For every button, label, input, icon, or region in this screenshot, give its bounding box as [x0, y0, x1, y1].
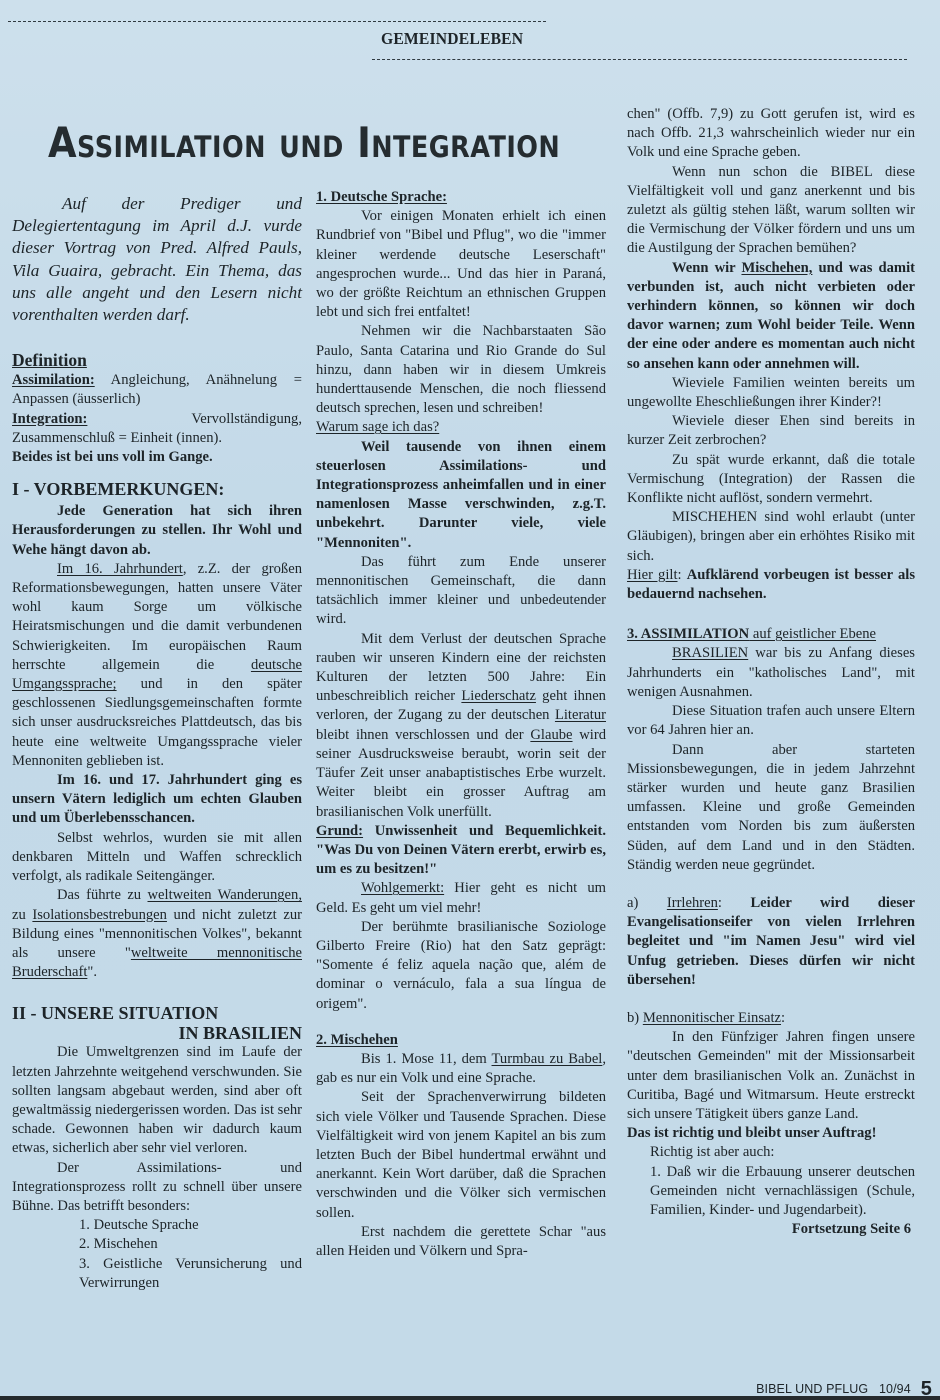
text: ".: [87, 964, 97, 980]
paragraph: Im 16. Jahrhundert, z.Z. der großen Refo…: [12, 560, 302, 771]
paragraph: In den Fünfziger Jahren fingen unsere "d…: [627, 1028, 915, 1124]
definition-heading: Definition: [12, 350, 302, 371]
underlined-text: auf geistlicher Ebene: [749, 626, 876, 642]
underlined-text: Mischehen,: [741, 260, 812, 276]
text: Wenn wir: [672, 260, 741, 276]
underlined-text: Literatur: [555, 707, 606, 723]
article-lead: Auf der Prediger und Delegiertentagung i…: [12, 193, 302, 326]
underlined-label: Irrlehren: [667, 895, 718, 911]
text: Hier geht es nicht um Geld. Es geht um v…: [316, 880, 606, 915]
paragraph: Diese Situation trafen auch unsere Elter…: [627, 702, 915, 740]
assimilation-label: Assimilation:: [12, 372, 95, 388]
list-item: 3. Geistliche Verunsicherung und Verwirr…: [79, 1255, 302, 1293]
text: b): [627, 1010, 643, 1026]
underlined-text: BRASILIEN: [672, 645, 748, 661]
paragraph: Grund: Unwissenheit und Bequemlichkeit. …: [316, 822, 606, 880]
column-1: Auf der Prediger und Delegiertentagung i…: [12, 193, 302, 1293]
text: zu: [12, 907, 32, 923]
paragraph: chen" (Offb. 7,9) zu Gott gerufen ist, w…: [627, 105, 915, 163]
magazine-page: GEMEINDELEBEN Assimilation und Integrati…: [0, 0, 940, 1400]
lead-text: Auf der Prediger und Delegiertentagung i…: [12, 194, 302, 324]
paragraph: Richtig ist aber auch:: [650, 1143, 915, 1162]
paragraph: Selbst wehrlos, wurden sie mit allen den…: [12, 829, 302, 887]
paragraph: Hier gilt: Aufklärend vorbeugen ist bess…: [627, 566, 915, 604]
colon: :: [781, 1010, 785, 1026]
paragraph: MISCHEHEN sind wohl erlaubt (unter Gläub…: [627, 508, 915, 566]
spacer: [627, 875, 915, 894]
paragraph: Wenn nun schon die BIBEL diese Vielfälti…: [627, 163, 915, 259]
definition-assimilation: Assimilation: Angleichung, Anähnelung = …: [12, 371, 302, 409]
scan-edge: [0, 1396, 940, 1400]
definition-integration: Integration: Vervollständigung, Zusammen…: [12, 410, 302, 448]
section-2-heading-line-2: IN BRASILIEN: [12, 1023, 302, 1043]
underlined-label: Wohlgemerkt:: [361, 880, 444, 896]
paragraph: Erst nachdem die gerettete Schar "aus al…: [316, 1223, 606, 1261]
paragraph: Bis 1. Mose 11, dem Turmbau zu Babel, ga…: [316, 1050, 606, 1088]
underlined-text: Liederschatz: [461, 688, 536, 704]
paragraph: b) Mennonitischer Einsatz:: [627, 1009, 915, 1028]
underlined-text: Turmbau zu Babel: [492, 1051, 603, 1067]
header-divider-top: [8, 21, 546, 22]
paragraph: Die Umweltgrenzen sind im Laufe der letz…: [12, 1043, 302, 1158]
underlined-text: Isolationsbestrebungen: [32, 907, 167, 923]
underlined-label: Mennonitischer Einsatz: [643, 1010, 781, 1026]
paragraph: Wieviele Familien weinten bereits um ung…: [627, 374, 915, 412]
colon: :: [678, 567, 687, 583]
colon: :: [718, 895, 751, 911]
spacer: [627, 604, 915, 625]
list-item: 1. Daß wir die Erbauung unserer deutsche…: [650, 1163, 915, 1221]
paragraph: Das führt zum Ende unserer mennonitische…: [316, 553, 606, 630]
text: a): [627, 895, 667, 911]
text: und was damit verbunden ist, auch nicht …: [627, 260, 915, 372]
paragraph: Zu spät wurde erkannt, daß die totale Ve…: [627, 451, 915, 509]
paragraph: Das ist richtig und bleibt unser Auftrag…: [627, 1124, 915, 1143]
continued-on-page: Fortsetzung Seite 6: [627, 1220, 915, 1239]
underlined-label: Hier gilt: [627, 567, 678, 583]
subsection-1-heading: 1. Deutsche Sprache:: [316, 188, 606, 207]
paragraph: Das führte zu weltweiten Wanderungen, zu…: [12, 886, 302, 982]
underlined-text: weltweiten Wanderungen,: [148, 887, 302, 903]
paragraph: BRASILIEN war bis zu Anfang dieses Jahrh…: [627, 644, 915, 702]
paragraph: Nehmen wir die Nachbarstaaten São Paulo,…: [316, 322, 606, 418]
spacer: [316, 1014, 606, 1031]
paragraph: Seit der Sprachenverwirrung bildeten sic…: [316, 1088, 606, 1222]
conclusion-list: Richtig ist aber auch: 1. Daß wir die Er…: [627, 1143, 915, 1220]
column-2: 1. Deutsche Sprache: Vor einigen Monaten…: [316, 188, 606, 1261]
subsection-3-heading: 3. ASSIMILATION auf geistlicher Ebene: [627, 625, 915, 644]
section-1-heading: I - VORBEMERKUNGEN:: [12, 479, 302, 500]
paragraph: Wohlgemerkt: Hier geht es nicht um Geld.…: [316, 879, 606, 917]
paragraph: Mit dem Verlust der deutschen Sprache ra…: [316, 630, 606, 822]
paragraph: Wenn wir Mischehen, und was damit verbun…: [627, 259, 915, 374]
question-line: Warum sage ich das?: [316, 418, 606, 437]
paragraph: Wieviele dieser Ehen sind bereits in kur…: [627, 412, 915, 450]
article-title: Assimilation und Integration: [48, 118, 523, 167]
section-label: GEMEINDELEBEN: [373, 29, 531, 49]
paragraph: Der Assimilations- und Integrationsproze…: [12, 1159, 302, 1217]
paragraph: Dann aber starteten Missionsbewegungen, …: [627, 741, 915, 875]
topic-list: 1. Deutsche Sprache 2. Mischehen 3. Geis…: [12, 1216, 302, 1293]
spacer: [627, 990, 915, 1009]
paragraph: Der berühmte brasilianische Soziologe Gi…: [316, 918, 606, 1014]
publication-name: BIBEL UND PFLUG: [756, 1382, 868, 1396]
bold-heading: 3. ASSIMILATION: [627, 626, 749, 642]
underlined-text: Im 16. Jahrhundert: [57, 561, 183, 577]
column-3: chen" (Offb. 7,9) zu Gott gerufen ist, w…: [627, 105, 915, 1239]
definition-summary: Beides ist bei uns voll im Gange.: [12, 448, 302, 467]
text: Das führte zu: [57, 887, 148, 903]
section-2-heading: II - UNSERE SITUATION: [12, 1003, 302, 1023]
list-item: 2. Mischehen: [79, 1235, 302, 1254]
paragraph: Vor einigen Monaten erhielt ich einen Ru…: [316, 207, 606, 322]
underlined-label: Grund:: [316, 823, 363, 839]
paragraph: Weil tausende von ihnen einem steuerlose…: [316, 438, 606, 553]
text: Bis 1. Mose 11, dem: [361, 1051, 492, 1067]
issue-number: 10/94: [879, 1382, 911, 1396]
list-item: 1. Deutsche Sprache: [79, 1216, 302, 1235]
header-divider-bottom: [372, 59, 907, 60]
paragraph: a) Irrlehren: Leider wird dieser Evangel…: [627, 894, 915, 990]
paragraph: Jede Generation hat sich ihren Herausfor…: [12, 502, 302, 560]
underlined-text: Glaube: [530, 727, 572, 743]
integration-label: Integration:: [12, 411, 87, 427]
text: war bis zu Anfang dieses Jahrhunderts ei…: [627, 645, 915, 699]
subsection-2-heading: 2. Mischehen: [316, 1031, 606, 1050]
paragraph: Im 16. und 17. Jahrhundert ging es unser…: [12, 771, 302, 829]
text: bleibt ihnen verschlossen und der: [316, 727, 530, 743]
